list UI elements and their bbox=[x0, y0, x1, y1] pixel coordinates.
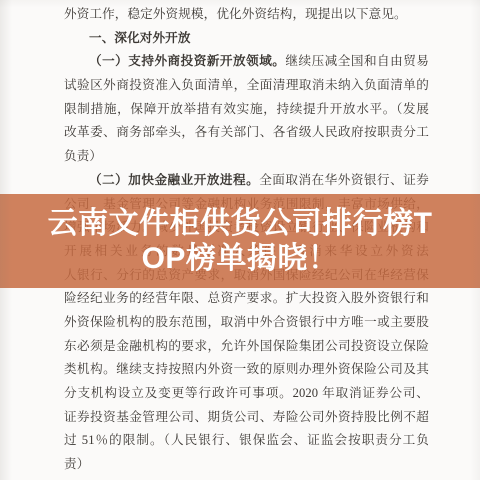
doc-text-segment: 改革委、商务部牵头，各有关部门、各省级人民政府按职责分工 bbox=[64, 125, 429, 139]
doc-text-segment: 类机构。继续支持按照内外资一致的原则办理外资保险公司及其 bbox=[64, 362, 429, 376]
doc-line: 类机构。继续支持按照内外资一致的原则办理外资保险公司及其 bbox=[64, 358, 429, 382]
doc-line: 分支机构设立及变更等行政许可事项。2020 年取消证券公司、 bbox=[64, 382, 429, 406]
doc-text-segment: 负责） bbox=[64, 149, 102, 163]
doc-line: 一、深化对外开放 bbox=[64, 27, 429, 51]
doc-line: 试验区外商投资准入负面清单，全面清理取消未纳入负面清单的 bbox=[64, 74, 429, 98]
doc-text-segment: 全面取消在华外资银行、证券 bbox=[259, 173, 429, 187]
doc-line: 险经纪业务的经营年限、总资产要求。扩大投资入股外资银行和 bbox=[64, 287, 429, 311]
doc-line: （二）加快金融业开放进程。全面取消在华外资银行、证券 bbox=[64, 169, 429, 193]
doc-text-segment: 试验区外商投资准入负面清单，全面清理取消未纳入负面清单的 bbox=[64, 78, 429, 92]
promo-banner-title-line1: 云南文件柜供货公司排行榜T bbox=[0, 206, 480, 241]
doc-line: 东必须是金融机构的要求，允许外国保险集团公司投资设立保险 bbox=[64, 335, 429, 359]
doc-line: 过 51％的限制。（人民银行、银保监会、证监会按职责分工负 bbox=[64, 429, 429, 453]
promo-banner-title-line2: OP榜单揭晓！ bbox=[0, 241, 480, 276]
doc-text-segment: 责） bbox=[64, 457, 89, 471]
doc-text-segment: 限制措施，保障开放举措有效实施，持续提升开放水平。（发展 bbox=[64, 102, 429, 116]
doc-line: 负责） bbox=[64, 145, 429, 169]
scanned-document-page: 外资工作，稳定外资规模，优化外资结构，现提出以下意见。一、深化对外开放（一）支持… bbox=[0, 0, 480, 480]
doc-text-segment: 证券投资基金管理公司、期货公司、寿险公司外资持股比例不超 bbox=[64, 410, 429, 424]
doc-heading-segment: 一、深化对外开放 bbox=[89, 31, 191, 45]
promo-banner-overlay: 云南文件柜供货公司排行榜T OP榜单揭晓！ bbox=[0, 194, 480, 288]
doc-text-segment: 东必须是金融机构的要求，允许外国保险集团公司投资设立保险 bbox=[64, 339, 429, 353]
doc-line: 限制措施，保障开放举措有效实施，持续提升开放水平。（发展 bbox=[64, 98, 429, 122]
doc-text-segment: 外资工作，稳定外资规模，优化外资结构，现提出以下意见。 bbox=[64, 7, 407, 21]
doc-line: 责） bbox=[64, 453, 429, 477]
doc-line: 外资工作，稳定外资规模，优化外资结构，现提出以下意见。 bbox=[64, 3, 429, 27]
promo-banner-title: 云南文件柜供货公司排行榜T OP榜单揭晓！ bbox=[0, 206, 480, 276]
doc-text-segment: 分支机构设立及变更等行政许可事项。2020 年取消证券公司、 bbox=[64, 386, 429, 400]
doc-line: 改革委、商务部牵头，各有关部门、各省级人民政府按职责分工 bbox=[64, 121, 429, 145]
doc-heading-segment: （一）支持外商投资新开放领域。 bbox=[89, 54, 285, 68]
doc-text-segment: 继续压减全国和自由贸易 bbox=[285, 54, 429, 68]
doc-heading-segment: （二）加快金融业开放进程。 bbox=[89, 173, 259, 187]
doc-line: 外资保险机构的股东范围，取消中外合资银行中方唯一或主要股 bbox=[64, 311, 429, 335]
doc-line: 证券投资基金管理公司、期货公司、寿险公司外资持股比例不超 bbox=[64, 406, 429, 430]
doc-text-segment: 过 51％的限制。（人民银行、银保监会、证监会按职责分工负 bbox=[64, 433, 429, 447]
doc-text-segment: 险经纪业务的经营年限、总资产要求。扩大投资入股外资银行和 bbox=[64, 291, 429, 305]
doc-line: （一）支持外商投资新开放领域。继续压减全国和自由贸易 bbox=[64, 50, 429, 74]
doc-text-segment: 外资保险机构的股东范围，取消中外合资银行中方唯一或主要股 bbox=[64, 315, 429, 329]
